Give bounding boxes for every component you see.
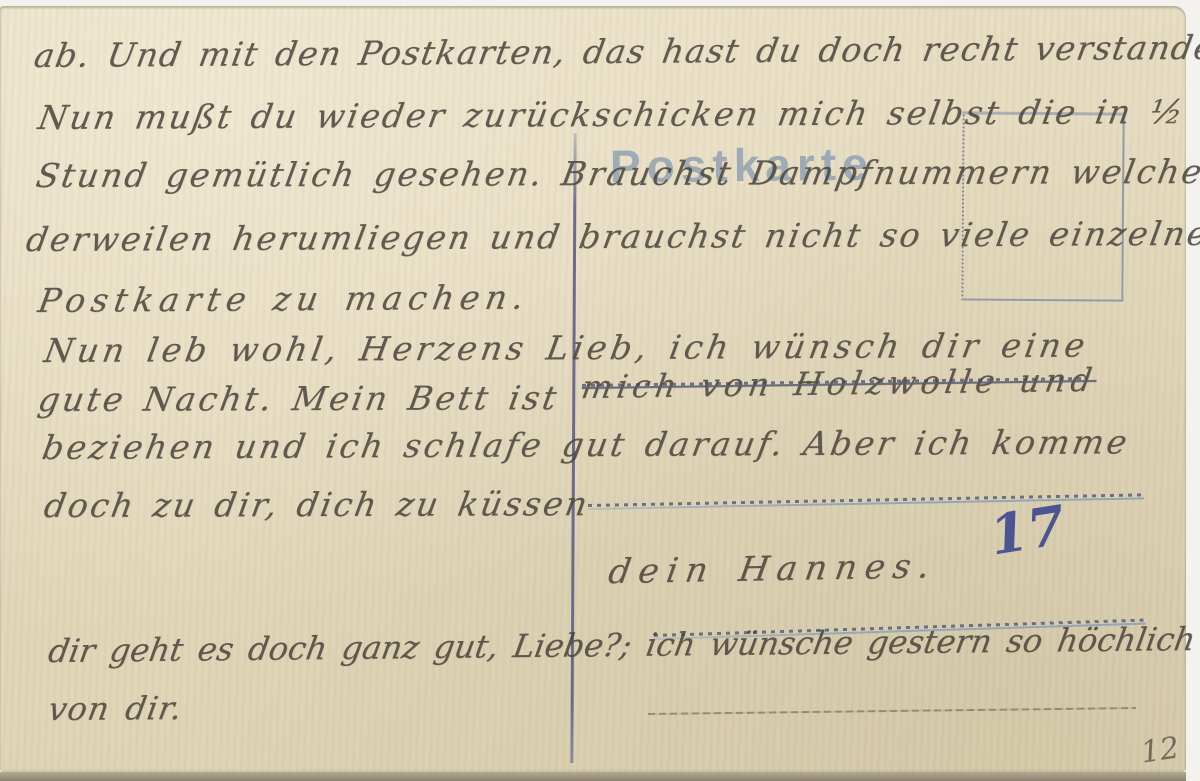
handwriting-line-5: Postkarte zu machen.: [35, 278, 532, 320]
handwriting-line-7: gute Nacht. Mein Bett ist: [35, 378, 562, 419]
pencil-number: 12: [1139, 731, 1182, 771]
handwriting-signature: dein Hannes.: [606, 546, 941, 592]
blue-ink-number: 17: [985, 493, 1069, 568]
handwriting-line-1: ab. Und mit den Postkarten, das hast du …: [31, 27, 1200, 75]
scan-bottom-edge: [0, 772, 1186, 781]
handwriting-line-4: derweilen herumliegen und brauchst nicht…: [23, 214, 1200, 259]
handwriting-layer: ab. Und mit den Postkarten, das hast du …: [0, 0, 1200, 781]
handwriting-line-10: dir geht es doch ganz gut, Liebe?; ich w…: [46, 620, 1199, 670]
postcard-scan: Postkarte ab. Und mit den Postkarten, da…: [0, 0, 1200, 781]
handwriting-line-2: Nun mußt du wieder zurückschicken mich s…: [35, 92, 1188, 137]
handwriting-line-11: von dir.: [46, 689, 186, 728]
handwriting-line-7-struck: mich von Holzwolle und: [579, 361, 1100, 406]
handwriting-line-3: Stund gemütlich gesehen. Brauchst Dampfn…: [33, 152, 1200, 195]
handwriting-line-9: doch zu dir, dich zu küssen: [41, 484, 592, 525]
handwriting-line-8: beziehen und ich schlafe gut darauf. Abe…: [39, 422, 1133, 467]
